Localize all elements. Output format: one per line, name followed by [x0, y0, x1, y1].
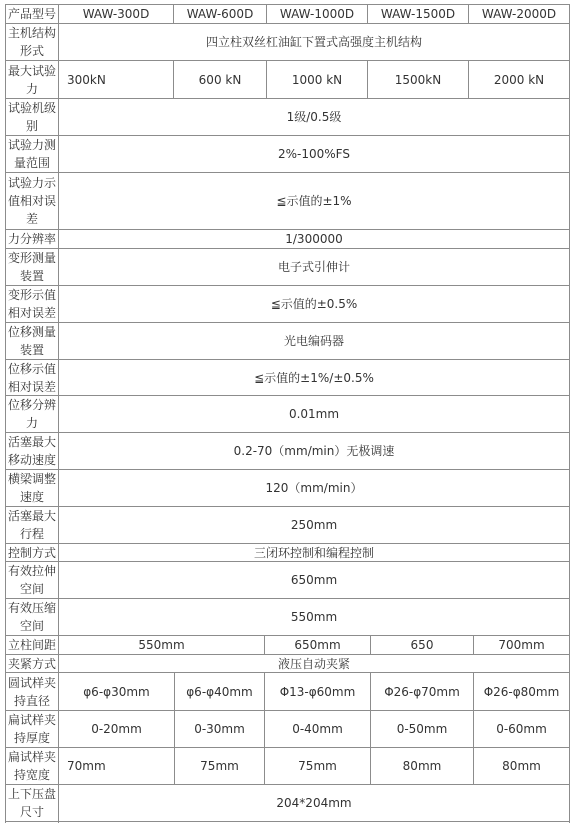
row-value: 1/300000: [58, 229, 570, 248]
model-300d: WAW-300D: [58, 4, 173, 23]
value-2000d: 2000 kN: [468, 60, 570, 98]
spec-row-max-force: 最大试验力 300kN 600 kN 1000 kN 1500kN 2000 k…: [5, 60, 570, 98]
row-label: 变形示值相对误差: [5, 285, 58, 322]
row-label: 立柱间距: [5, 635, 58, 654]
value-300d-600d: 550mm: [58, 635, 264, 654]
header-label: 产品型号: [5, 4, 58, 23]
row-label: 力分辨率: [5, 229, 58, 248]
row-value: 204*204mm: [58, 784, 570, 821]
spec-row-piston-speed: 活塞最大移动速度 0.2-70（mm/min）无极调速: [5, 432, 570, 469]
row-label: 夹紧方式: [5, 654, 58, 672]
row-value: ≦示值的±0.5%: [58, 285, 570, 322]
row-label: 有效拉伸空间: [5, 561, 58, 598]
row-value: 1级/0.5级: [58, 98, 570, 135]
table-divider: [5, 821, 570, 822]
row-label: 上下压盘尺寸: [5, 784, 58, 821]
row-label: 位移分辨力: [5, 395, 58, 432]
row-label: 位移示值相对误差: [5, 359, 58, 395]
value-1000d: Φ13-φ60mm: [264, 672, 370, 710]
row-value: 250mm: [58, 506, 570, 543]
value-2000d: 700mm: [473, 635, 570, 654]
value-600d: 75mm: [174, 747, 264, 784]
row-value: 0.01mm: [58, 395, 570, 432]
spec-row-flat-thickness: 扁试样夹持厚度 0-20mm 0-30mm 0-40mm 0-50mm 0-60…: [5, 710, 570, 747]
value-1000d: 0-40mm: [264, 710, 370, 747]
spec-row-clamping-mode: 夹紧方式 液压自动夹紧: [5, 654, 570, 672]
row-label: 横梁调整速度: [5, 469, 58, 506]
value-2000d: 80mm: [473, 747, 570, 784]
row-label: 最大试验力: [5, 60, 58, 98]
value-300d: 300kN: [58, 60, 173, 98]
header-row: 产品型号 WAW-300D WAW-600D WAW-1000D WAW-150…: [5, 4, 570, 23]
spec-row-grade: 试验机级别 1级/0.5级: [5, 98, 570, 135]
spec-row-deformation-device: 变形测量装置 电子式引伸计: [5, 248, 570, 285]
value-1500d: Φ26-φ70mm: [370, 672, 473, 710]
value-2000d: 0-60mm: [473, 710, 570, 747]
row-label: 扁试样夹持厚度: [5, 710, 58, 747]
value-300d: 70mm: [58, 747, 174, 784]
value-600d: φ6-φ40mm: [174, 672, 264, 710]
row-value: 四立柱双丝杠油缸下置式高强度主机结构: [58, 23, 570, 60]
spec-row-deformation-error: 变形示值相对误差 ≦示值的±0.5%: [5, 285, 570, 322]
row-value: ≦示值的±1%/±0.5%: [58, 359, 570, 395]
spec-row-crossbeam-speed: 横梁调整速度 120（mm/min）: [5, 469, 570, 506]
row-label: 主机结构形式: [5, 23, 58, 60]
value-300d: φ6-φ30mm: [58, 672, 174, 710]
spec-row-force-resolution: 力分辨率 1/300000: [5, 229, 570, 248]
row-label: 扁试样夹持宽度: [5, 747, 58, 784]
model-1000d: WAW-1000D: [266, 4, 367, 23]
row-value: 0.2-70（mm/min）无极调速: [58, 432, 570, 469]
value-1500d: 80mm: [370, 747, 473, 784]
row-label: 试验力测量范围: [5, 135, 58, 172]
row-label: 试验机级别: [5, 98, 58, 135]
spec-row-displacement-resolution: 位移分辨力 0.01mm: [5, 395, 570, 432]
value-600d: 600 kN: [173, 60, 266, 98]
spec-row-compression-space: 有效压缩空间 550mm: [5, 598, 570, 635]
row-value: 120（mm/min）: [58, 469, 570, 506]
row-value: 液压自动夹紧: [58, 654, 570, 672]
spec-row-column-spacing: 立柱间距 550mm 650mm 650 700mm: [5, 635, 570, 654]
row-label: 有效压缩空间: [5, 598, 58, 635]
row-label: 控制方式: [5, 543, 58, 561]
row-value: 650mm: [58, 561, 570, 598]
row-label: 变形测量装置: [5, 248, 58, 285]
model-1500d: WAW-1500D: [367, 4, 468, 23]
value-300d: 0-20mm: [58, 710, 174, 747]
value-600d: 0-30mm: [174, 710, 264, 747]
row-label: 活塞最大移动速度: [5, 432, 58, 469]
spec-row-force-range: 试验力测量范围 2%-100%FS: [5, 135, 570, 172]
row-value: 2%-100%FS: [58, 135, 570, 172]
spec-row-platen-size: 上下压盘尺寸 204*204mm: [5, 784, 570, 821]
spec-row-displacement-error: 位移示值相对误差 ≦示值的±1%/±0.5%: [5, 359, 570, 395]
spec-row-displacement-device: 位移测量装置 光电编码器: [5, 322, 570, 359]
value-1000d: 1000 kN: [266, 60, 367, 98]
row-label: 活塞最大行程: [5, 506, 58, 543]
value-1500d: 0-50mm: [370, 710, 473, 747]
spec-row-round-diameter: 圆试样夹持直径 φ6-φ30mm φ6-φ40mm Φ13-φ60mm Φ26-…: [5, 672, 570, 710]
spec-row-control-mode: 控制方式 三闭环控制和编程控制: [5, 543, 570, 561]
row-value: 电子式引伸计: [58, 248, 570, 285]
row-label: 试验力示值相对误差: [5, 172, 58, 229]
value-1500d: 650: [370, 635, 473, 654]
model-600d: WAW-600D: [173, 4, 266, 23]
value-1500d: 1500kN: [367, 60, 468, 98]
row-value: 光电编码器: [58, 322, 570, 359]
value-1000d: 650mm: [264, 635, 370, 654]
row-label: 位移测量装置: [5, 322, 58, 359]
spec-row-tensile-space: 有效拉伸空间 650mm: [5, 561, 570, 598]
row-value: 550mm: [58, 598, 570, 635]
row-value: ≦示值的±1%: [58, 172, 570, 229]
model-2000d: WAW-2000D: [468, 4, 570, 23]
value-1000d: 75mm: [264, 747, 370, 784]
spec-row-piston-stroke: 活塞最大行程 250mm: [5, 506, 570, 543]
value-2000d: Φ26-φ80mm: [473, 672, 570, 710]
row-label: 圆试样夹持直径: [5, 672, 58, 710]
spec-row-force-error: 试验力示值相对误差 ≦示值的±1%: [5, 172, 570, 229]
row-value: 三闭环控制和编程控制: [58, 543, 570, 561]
spec-row-structure: 主机结构形式 四立柱双丝杠油缸下置式高强度主机结构: [5, 23, 570, 60]
spec-row-flat-width: 扁试样夹持宽度 70mm 75mm 75mm 80mm 80mm: [5, 747, 570, 784]
